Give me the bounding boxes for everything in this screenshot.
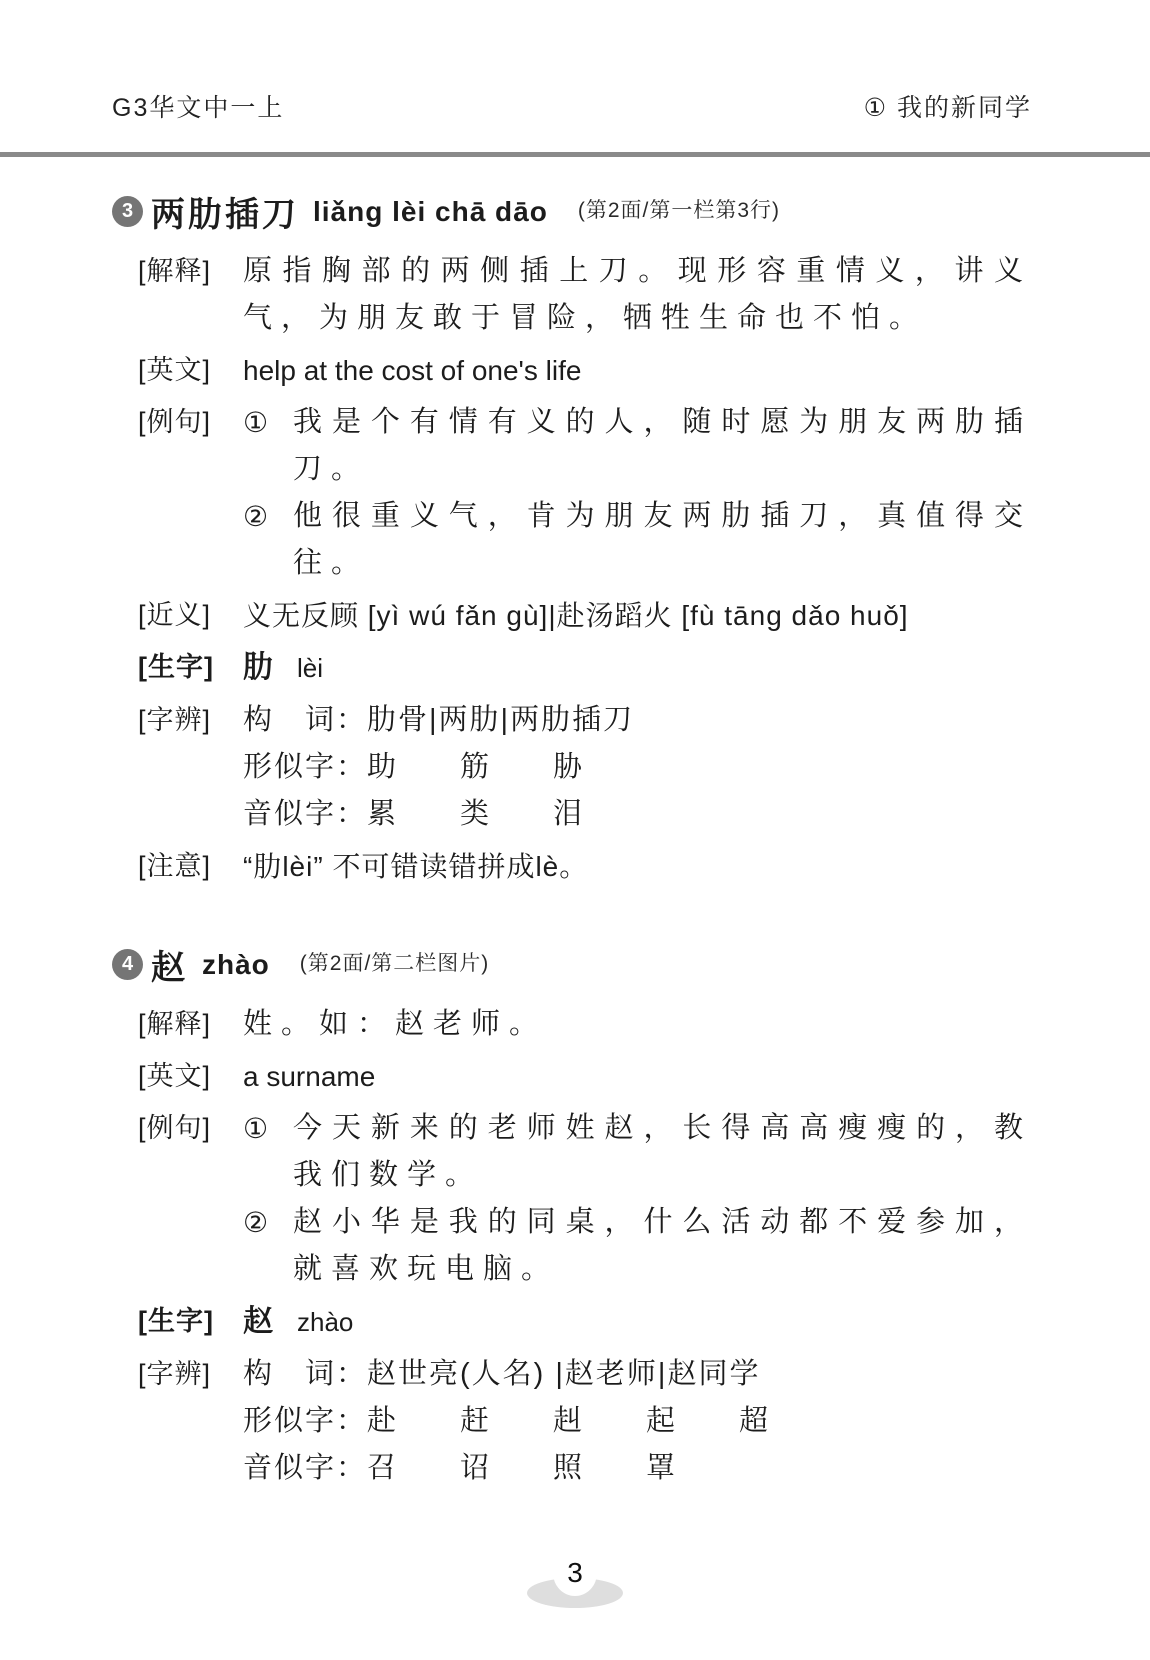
row-label: [生字] [138, 644, 243, 692]
page-number: 3 [553, 1550, 597, 1596]
row-new-character: [生字] 赵zhào [110, 1298, 1032, 1346]
example-item: ① 今天新来的老师姓赵，长得高高瘦瘦的，教我们数学。 [243, 1105, 1032, 1199]
compound-words-line: 构 词：肋骨|两肋|两肋插刀 [243, 697, 1032, 744]
entry-location-note: (第2面/第一栏第3行) [578, 194, 780, 224]
row-label: [例句] [138, 1105, 243, 1293]
entry-location-note: (第2面/第二栏图片) [300, 947, 490, 977]
row-note: [注意] “肋lèi” 不可错读错拼成lè。 [110, 843, 1032, 890]
example-marker: ① [243, 1105, 293, 1199]
examples-list: ① 我是个有情有义的人，随时愿为朋友两肋插刀。 ② 他很重义气，肯为朋友两肋插刀… [243, 399, 1032, 587]
example-text: 赵小华是我的同桌，什么活动都不爱参加，就喜欢玩电脑。 [293, 1199, 1032, 1293]
header-lesson-title: ① 我的新同学 [864, 88, 1032, 124]
page-header: G3华文中一上 ① 我的新同学 [0, 0, 1150, 124]
similar-shape-line: 形似字：助 筋 胁 [243, 744, 1032, 791]
row-label: [生字] [138, 1298, 243, 1346]
example-marker: ② [243, 493, 293, 587]
examples-list: ① 今天新来的老师姓赵，长得高高瘦瘦的，教我们数学。 ② 赵小华是我的同桌，什么… [243, 1105, 1032, 1293]
new-character-glyph: 赵 [243, 1305, 275, 1338]
new-character: 赵zhào [243, 1298, 1032, 1346]
entry-number-badge: 4 [112, 949, 143, 980]
synonyms-text: 义无反顾 [yì wú fǎn gù]|赴汤蹈火 [fù tāng dǎo hu… [243, 592, 1032, 639]
row-examples: [例句] ① 今天新来的老师姓赵，长得高高瘦瘦的，教我们数学。 ② 赵小华是我的… [110, 1105, 1032, 1293]
row-examples: [例句] ① 我是个有情有义的人，随时愿为朋友两肋插刀。 ② 他很重义气，肯为朋… [110, 399, 1032, 587]
example-item: ② 他很重义气，肯为朋友两肋插刀，真值得交往。 [243, 493, 1032, 587]
similar-sound-line: 音似字：召 诏 照 罩 [243, 1445, 1032, 1492]
row-character-discrimination: [字辨] 构 词：肋骨|两肋|两肋插刀 形似字：助 筋 胁 音似字：累 类 泪 [110, 697, 1032, 838]
definition-text: 原指胸部的两侧插上刀。现形容重情义，讲义气，为朋友敢于冒险，牺牲生命也不怕。 [243, 248, 1032, 342]
header-book-title: G3华文中一上 [112, 88, 284, 124]
character-discrimination-lines: 构 词：肋骨|两肋|两肋插刀 形似字：助 筋 胁 音似字：累 类 泪 [243, 697, 1032, 838]
entry-header: 3 两肋插刀 liǎng lèi chā dāo (第2面/第一栏第3行) [112, 187, 1032, 236]
row-label: [英文] [138, 1053, 243, 1100]
definition-text: 姓。如：赵老师。 [243, 1001, 1032, 1048]
example-text: 今天新来的老师姓赵，长得高高瘦瘦的，教我们数学。 [293, 1105, 1032, 1199]
row-character-discrimination: [字辨] 构 词：赵世亮(人名) |赵老师|赵同学 形似字：赴 赶 赳 起 超 … [110, 1351, 1032, 1492]
entry-header: 4 赵 zhào (第2面/第二栏图片) [112, 940, 1032, 989]
row-label: [英文] [138, 347, 243, 394]
example-text: 我是个有情有义的人，随时愿为朋友两肋插刀。 [293, 399, 1032, 493]
entry-pinyin: liǎng lèi chā dāo [313, 196, 548, 228]
character-discrimination-lines: 构 词：赵世亮(人名) |赵老师|赵同学 形似字：赴 赶 赳 起 超 音似字：召… [243, 1351, 1032, 1492]
row-definition: [解释] 姓。如：赵老师。 [110, 1001, 1032, 1048]
entry-pinyin: zhào [202, 949, 270, 981]
row-synonyms: [近义] 义无反顾 [yì wú fǎn gù]|赴汤蹈火 [fù tāng d… [110, 592, 1032, 639]
english-text: a surname [243, 1053, 1032, 1100]
row-label: [解释] [138, 1001, 243, 1048]
textbook-page: G3华文中一上 ① 我的新同学 3 两肋插刀 liǎng lèi chā dāo… [0, 0, 1150, 1660]
page-footer: 3 [0, 1548, 1150, 1618]
row-label: [例句] [138, 399, 243, 587]
example-marker: ① [243, 399, 293, 493]
example-text: 他很重义气，肯为朋友两肋插刀，真值得交往。 [293, 493, 1032, 587]
row-label: [近义] [138, 592, 243, 639]
english-text: help at the cost of one's life [243, 347, 1032, 394]
row-english: [英文] help at the cost of one's life [110, 347, 1032, 394]
page-content: 3 两肋插刀 liǎng lèi chā dāo (第2面/第一栏第3行) [解… [0, 157, 1150, 1492]
row-definition: [解释] 原指胸部的两侧插上刀。现形容重情义，讲义气，为朋友敢于冒险，牺牲生命也… [110, 248, 1032, 342]
new-character-pinyin: lèi [297, 653, 323, 683]
compound-words-line: 构 词：赵世亮(人名) |赵老师|赵同学 [243, 1351, 1032, 1398]
new-character-glyph: 肋 [243, 651, 275, 684]
entry-number-badge: 3 [112, 196, 143, 227]
note-text: “肋lèi” 不可错读错拼成lè。 [243, 843, 1032, 890]
entry-liangleichadao: 3 两肋插刀 liǎng lèi chā dāo (第2面/第一栏第3行) [解… [110, 187, 1032, 890]
new-character-pinyin: zhào [297, 1307, 353, 1337]
row-new-character: [生字] 肋lèi [110, 644, 1032, 692]
row-label: [解释] [138, 248, 243, 342]
example-item: ① 我是个有情有义的人，随时愿为朋友两肋插刀。 [243, 399, 1032, 493]
row-label: [字辨] [138, 697, 243, 838]
entry-title: 两肋插刀 [151, 187, 299, 236]
entry-title: 赵 [151, 940, 188, 989]
new-character: 肋lèi [243, 644, 1032, 692]
row-label: [字辨] [138, 1351, 243, 1492]
entry-zhao: 4 赵 zhào (第2面/第二栏图片) [解释] 姓。如：赵老师。 [英文] … [110, 940, 1032, 1492]
example-marker: ② [243, 1199, 293, 1293]
row-label: [注意] [138, 843, 243, 890]
similar-shape-line: 形似字：赴 赶 赳 起 超 [243, 1398, 1032, 1445]
similar-sound-line: 音似字：累 类 泪 [243, 791, 1032, 838]
row-english: [英文] a surname [110, 1053, 1032, 1100]
example-item: ② 赵小华是我的同桌，什么活动都不爱参加，就喜欢玩电脑。 [243, 1199, 1032, 1293]
